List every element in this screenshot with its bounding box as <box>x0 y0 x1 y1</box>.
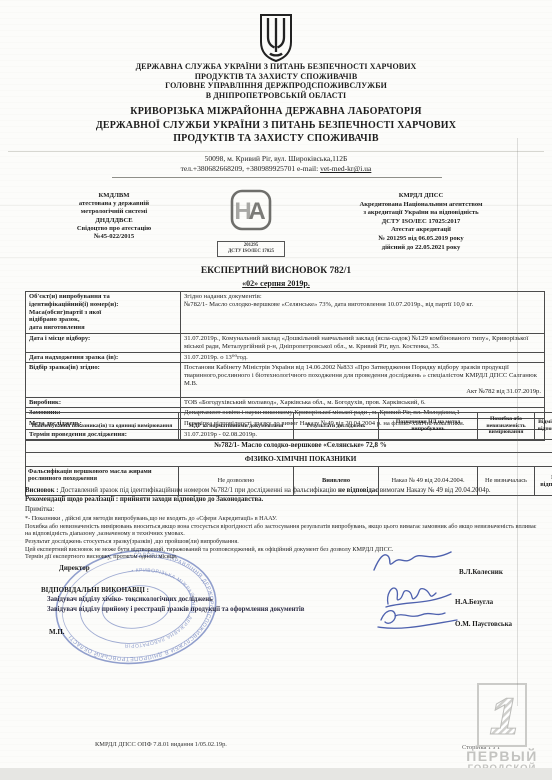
attestation-line: метрологічній системі <box>30 208 198 216</box>
conclusion-line: Висновок : Доставлений зразок під іденти… <box>25 487 539 495</box>
accreditation-standard: ДСТУ ISO/ІЕС 17025 <box>218 249 284 255</box>
column-header: МДР за нормативними документами <box>179 413 294 440</box>
section-title: ФІЗИКО-ХІМІЧНІ ПОКАЗНИКИ <box>26 453 552 467</box>
sample-title-row: №782/1- Масло солодко-вершкове «Селянськ… <box>26 440 552 453</box>
naau-accreditation-icon: Н А <box>230 189 272 231</box>
accreditation-line: з акредитації України на відповідність <box>304 209 538 218</box>
table-row: Об'єкт(и) випробування та ідентифікаційн… <box>26 292 545 334</box>
director-title: Директор <box>59 564 90 572</box>
director-signature <box>371 548 455 576</box>
lab-line: ПРОДУКТІВ ТА ЗАХИСТУ СПОЖИВАЧІВ <box>20 132 532 146</box>
document-date: «02» серпня 2019р. <box>0 279 552 288</box>
attestation-line: КМДЛВМ <box>30 192 198 200</box>
table-row: Відбір зразка(ів) згідно: Постанови Кабі… <box>26 363 545 397</box>
column-header: Похибка або невизначеність вимірювання <box>478 413 535 440</box>
executor2-signature <box>375 604 461 632</box>
accreditation-line: КМРДЛ ДПСС <box>304 192 538 201</box>
row-value: Згідно наданих документів: №782/1- Масло… <box>181 292 545 334</box>
column-header: Позначення НД на метод випробувань <box>379 413 478 440</box>
attestation-line: Свідоцтво про атестацію <box>30 225 198 233</box>
lab-line: КРИВОРІЗЬКА МІЖРАЙОННА ДЕРЖАВНА ЛАБОРАТО… <box>20 105 532 119</box>
svg-text:1: 1 <box>490 690 519 740</box>
value-line: №782/1- Масло солодко-вершкове «Селянськ… <box>184 301 541 309</box>
accreditation-certificate-block: КМРДЛ ДПСС Акредитована Національним аге… <box>304 189 538 257</box>
conclusion-text: Доставлений зразок під ідентифікаційним … <box>59 487 339 494</box>
attestation-line: атестована у державній <box>30 200 198 208</box>
form-code-footer: КМРДЛ ДПСС ОПФ 7.8.01 видання 1/05.02.19… <box>95 741 227 748</box>
accreditation-number-box: 201295 ДСТУ ISO/ІЕС 17025 <box>217 241 285 257</box>
contact-line: тел.+380682668209, +380989925701 e-mail:… <box>0 164 552 174</box>
row-label: Об'єкт(и) випробування та ідентифікаційн… <box>26 292 181 334</box>
recommendation-label: Рекомендації щодо реалізації : <box>25 496 118 503</box>
executor1-title: Завідувач відділу хіміко- токсикологічни… <box>47 596 322 603</box>
accreditation-line: № 201295 від 06.05.2019 року <box>304 235 538 244</box>
note-line: *- Показники , дійсні для методів випроб… <box>25 515 539 523</box>
org-line: ПРОДУКТІВ ТА ЗАХИСТУ СПОЖИВАЧІВ <box>20 72 532 82</box>
note-label: Примітка: <box>25 506 539 514</box>
seal-place-label: М.П. <box>49 628 65 636</box>
table-row: Виробник: ТОВ «Богодухівський молзавод»,… <box>26 397 545 408</box>
org-line: ДЕРЖАВНА СЛУЖБА УКРАЇНИ З ПИТАНЬ БЕЗПЕЧН… <box>20 62 532 72</box>
note-line: Похибка або невизначеність вимірювань вн… <box>25 523 539 538</box>
attestation-line: №45-022/2015 <box>30 233 198 241</box>
org-line: ГОЛОВНЕ УПРАВЛІННЯ ДЕРЖПРОДСПОЖИВСЛУЖБИ <box>20 81 532 91</box>
watermark-one-icon: 1 <box>485 690 519 740</box>
scan-bottom-edge <box>0 768 552 780</box>
executor2-name: О.М. Паустовська <box>455 620 512 628</box>
column-header: Результати досліджень <box>294 413 379 440</box>
results-table: Найменування показника(ів) та одиниці ви… <box>25 412 552 496</box>
divider <box>8 151 544 152</box>
value-text: Постанови Кабінету Міністрів України від… <box>184 364 537 387</box>
government-service-header: ДЕРЖАВНА СЛУЖБА УКРАЇНИ З ПИТАНЬ БЕЗПЕЧН… <box>20 62 532 100</box>
accreditation-strip: КМДЛВМ атестована у державній метрологіч… <box>30 189 538 257</box>
org-line: В ДНІПРОПЕТРОВСЬКІЙ ОБЛАСТІ <box>20 91 532 101</box>
watermark-line1: ПЕРВЫЙ <box>446 749 552 763</box>
section-title-row: ФІЗИКО-ХІМІЧНІ ПОКАЗНИКИ <box>26 453 552 467</box>
accreditation-line: ДСТУ ISO/ІЕС 17025:2017 <box>304 218 538 227</box>
row-value: 31.07.2019р. о 13⁰⁰год. <box>181 352 545 363</box>
sample-title: №782/1- Масло солодко-вершкове «Селянськ… <box>26 440 552 453</box>
scan-streak <box>0 257 552 258</box>
lab-line: ДЕРЖАВНОЇ СЛУЖБИ УКРАЇНИ З ПИТАНЬ БЕЗПЕЧ… <box>20 119 532 133</box>
value-line: Згідно наданих документів: <box>184 293 541 301</box>
row-label: Відбір зразка(ів) згідно: <box>26 363 181 397</box>
row-value: ТОВ «Богодухівський молзавод», Харківськ… <box>181 397 545 408</box>
address-block: 50098, м. Кривий Ріг, вул. Широківська,1… <box>0 154 552 174</box>
conclusion-label: Висновок : <box>25 487 59 494</box>
executor2-title: Завідувач відділу прийому і реєстрації з… <box>47 606 327 614</box>
note-line: Цей експертний висновок не може бути від… <box>25 546 539 554</box>
email-text: vet-med-kr@i.ua <box>320 164 371 173</box>
laboratory-name-header: КРИВОРІЗЬКА МІЖРАЙОННА ДЕРЖАВНА ЛАБОРАТО… <box>20 105 532 146</box>
address-line: 50098, м. Кривий Ріг, вул. Широківська,1… <box>0 154 552 164</box>
recommendation-line: Рекомендації щодо реалізації : прийняти … <box>25 496 539 504</box>
executors-heading: ВІДПОВІДАЛЬНІ ВИКОНАВЦІ : <box>41 586 149 594</box>
row-label: Виробник: <box>26 397 181 408</box>
metrology-attestation-block: КМДЛВМ атестована у державній метрологіч… <box>30 189 198 257</box>
row-value: 31.07.2019р., Комунальний заклад «Дошкіл… <box>181 333 545 352</box>
ukraine-trident-icon <box>258 14 294 62</box>
watermark-digit-box: 1 <box>477 683 527 747</box>
note-line: Результат досліджень стосується зразку(з… <box>25 538 539 546</box>
table-row: Дата надходження зразка (ів): 31.07.2019… <box>26 352 545 363</box>
phone-text: тел.+380682668209, +380989925701 e-mail: <box>181 164 320 173</box>
row-label: Дата надходження зразка (ів): <box>26 352 181 363</box>
director-name: В.Л.Колесник <box>459 568 503 576</box>
conclusion-verdict: не відповідає <box>338 487 378 494</box>
document-title: ЕКСПЕРТНИЙ ВИСНОВОК 782/1 <box>0 266 552 276</box>
conclusion-text: вимогам Наказу № 49 від 20.04.2004р. <box>378 487 490 494</box>
pervyi-gorodskoy-watermark: 1 ПЕРВЫЙ ГОРОДСКОЙ <box>446 683 552 774</box>
accreditation-line: Атестат акредитації <box>304 226 538 235</box>
column-header: Найменування показника(ів) та одиниці ви… <box>26 413 179 440</box>
scan-fold-line <box>517 138 518 706</box>
column-header: Відмітки про відповідність <box>535 413 552 440</box>
attestation-line: ДНДЛДВСЕ <box>30 217 198 225</box>
accreditation-line: дійсний до 22.05.2021 року <box>304 244 538 253</box>
table-row: Дата і місце відбору: 31.07.2019р., Кому… <box>26 333 545 352</box>
results-header-row: Найменування показника(ів) та одиниці ви… <box>26 413 552 440</box>
recommendation-text: прийняти заходи відповідно до Законодавс… <box>118 496 263 503</box>
accreditation-line: Акредитована Національним агентством <box>304 201 538 210</box>
signatures-block: Директор В.Л.Колесник ВІДПОВІДАЛЬНІ ВИКО… <box>25 556 539 681</box>
expert-conclusion-document: ДЕРЖАВНА СЛУЖБА УКРАЇНИ З ПИТАНЬ БЕЗПЕЧН… <box>0 0 552 780</box>
naau-logo-block: Н А 201295 ДСТУ ISO/ІЕС 17025 <box>198 189 304 257</box>
act-reference: Акт №782 від 31.07.2019р. <box>184 388 541 396</box>
conclusion-block: Висновок : Доставлений зразок під іденти… <box>25 487 539 561</box>
divider <box>112 177 442 178</box>
notes-block: *- Показники , дійсні для методів випроб… <box>25 515 539 561</box>
svg-text:А: А <box>248 198 265 225</box>
row-value: Постанови Кабінету Міністрів України від… <box>181 363 545 397</box>
row-label: Дата і місце відбору: <box>26 333 181 352</box>
